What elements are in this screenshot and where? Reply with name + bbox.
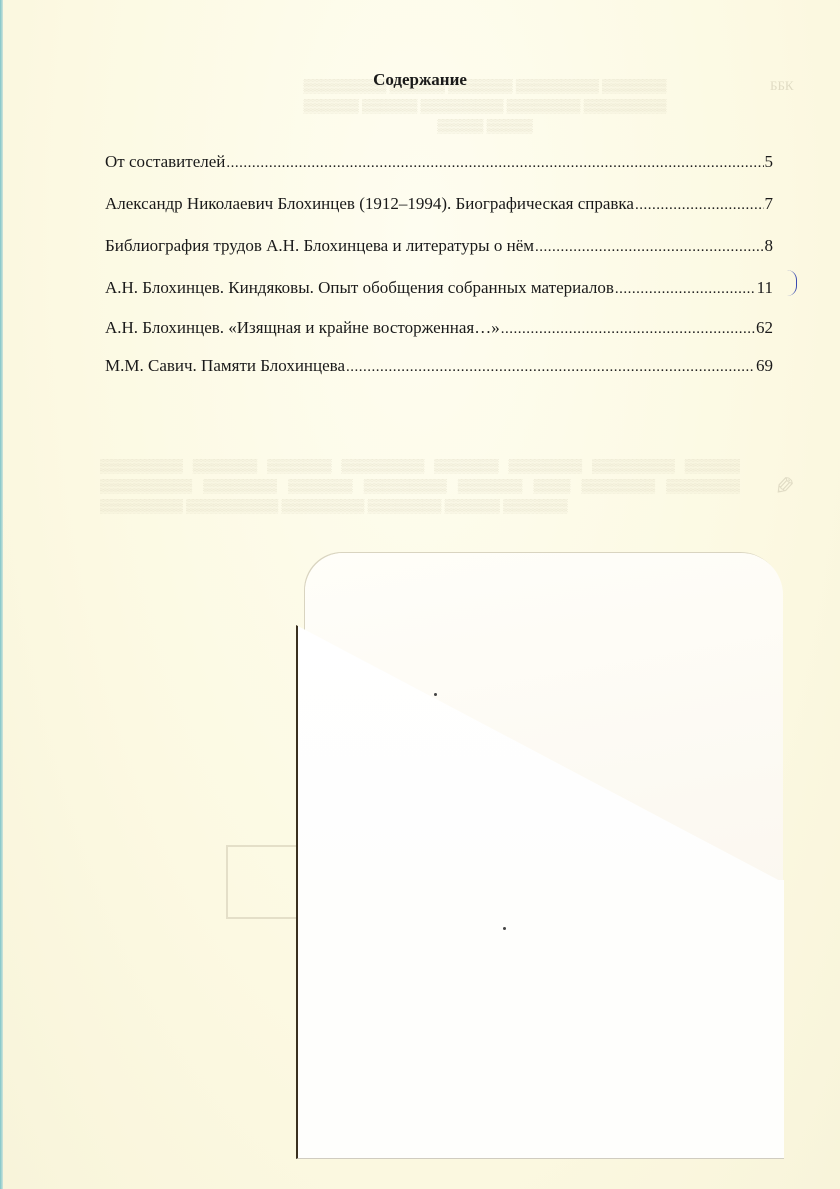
dust-speck (503, 927, 506, 930)
toc-entry: А.Н. Блохинцев. «Изящная и крайне востор… (105, 318, 773, 356)
toc-entry-title: От составителей (105, 152, 225, 172)
leader-dots (226, 155, 763, 172)
toc-entry-title: А.Н. Блохинцев. «Изящная и крайне востор… (105, 318, 500, 338)
toc-entry: М.М. Савич. Памяти Блохинцева 69 (105, 356, 773, 398)
toc-entry: А.Н. Блохинцев. Киндяковы. Опыт обобщени… (105, 278, 773, 318)
toc-entry-title: Библиография трудов А.Н. Блохинцева и ли… (105, 236, 534, 256)
toc-entry-page: 62 (756, 318, 773, 338)
leader-dots (535, 239, 763, 256)
toc-entry-title: Александр Николаевич Блохинцев (1912–199… (105, 194, 634, 214)
leader-dots (501, 321, 755, 338)
page-title: Содержание (0, 70, 840, 90)
leader-dots (346, 359, 755, 376)
bleed-through-text: ▒▒▒▒▒▒▒▒▒ ▒▒▒▒▒▒▒ ▒▒▒▒▒▒▒ ▒▒▒▒▒▒▒▒▒ ▒▒▒▒… (100, 456, 740, 516)
dust-speck (434, 693, 437, 696)
toc-entry-page: 5 (765, 152, 774, 172)
toc-entry-title: А.Н. Блохинцев. Киндяковы. Опыт обобщени… (105, 278, 614, 298)
toc-entry-title: М.М. Савич. Памяти Блохинцева (105, 356, 345, 376)
scan-edge (0, 0, 3, 1189)
toc-entry: Александр Николаевич Блохинцев (1912–199… (105, 194, 773, 236)
leader-dots (635, 197, 764, 214)
library-pocket-body (296, 880, 784, 1159)
toc-entry-page: 8 (765, 236, 774, 256)
toc-entry: Библиография трудов А.Н. Блохинцева и ли… (105, 236, 773, 278)
table-of-contents: От составителей 5 Александр Николаевич Б… (105, 152, 773, 398)
toc-entry: От составителей 5 (105, 152, 773, 194)
toc-entry-page: 7 (765, 194, 774, 214)
leader-dots (615, 281, 756, 298)
toc-entry-page: 69 (756, 356, 773, 376)
toc-entry-page: 11 (757, 278, 773, 298)
